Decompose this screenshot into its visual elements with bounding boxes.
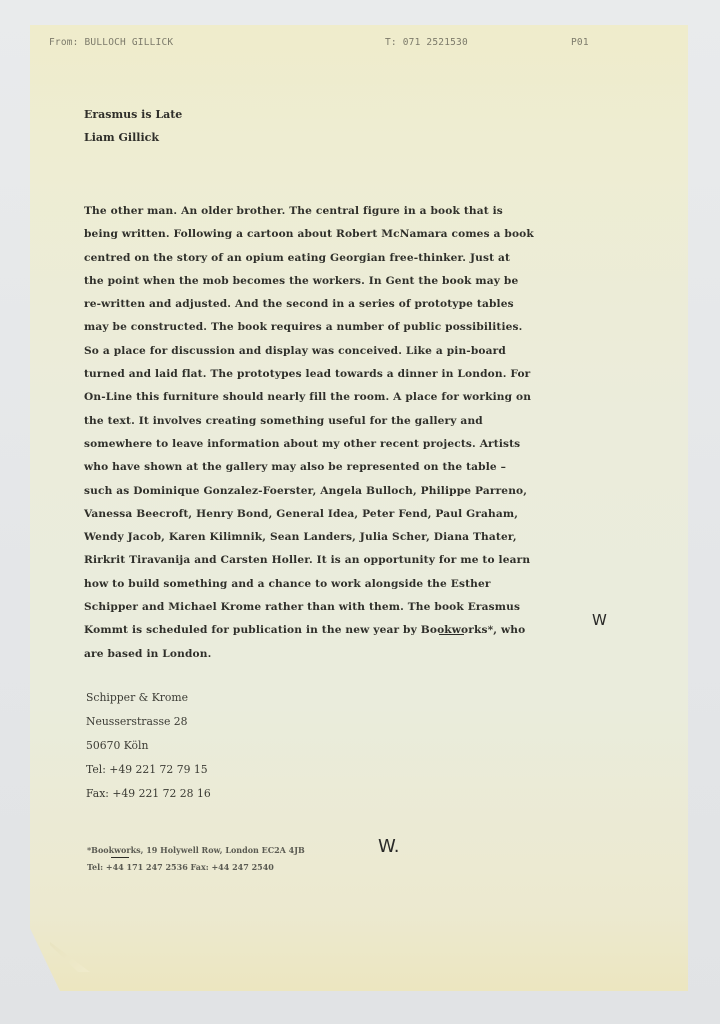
gallery-city: 50670 Köln — [86, 734, 211, 758]
handwritten-footnote-mark: W. — [378, 836, 399, 857]
body-line: Rirkrit Tiravanija and Carsten Holler. I… — [84, 549, 564, 572]
body-line: may be constructed. The book requires a … — [84, 316, 564, 339]
body-text: The other man. An older brother. The cen… — [84, 200, 564, 666]
body-line: The other man. An older brother. The cen… — [84, 200, 564, 223]
gallery-address: Schipper & Krome Neusserstrasse 28 50670… — [86, 686, 211, 806]
fax-header: From: BULLOCH GILLICK T: 071 2521530 P01 — [0, 37, 720, 51]
body-line: the point when the mob becomes the worke… — [84, 270, 564, 293]
gallery-tel: Tel: +49 221 72 79 15 — [86, 758, 211, 782]
footnote-phone: Tel: +44 171 247 2536 Fax: +44 247 2540 — [87, 859, 305, 876]
handwritten-underline-footnote — [111, 857, 129, 858]
fax-sender: From: BULLOCH GILLICK — [49, 37, 173, 48]
body-line: On-Line this furniture should nearly fil… — [84, 386, 564, 409]
body-line: Vanessa Beecroft, Henry Bond, General Id… — [84, 503, 564, 526]
fax-page-number: P01 — [571, 37, 589, 48]
body-line: somewhere to leave information about my … — [84, 433, 564, 456]
fax-telephone: T: 071 2521530 — [385, 37, 468, 48]
document-title: Erasmus is Late — [84, 108, 182, 121]
body-line: centred on the story of an opium eating … — [84, 247, 564, 270]
body-line: turned and laid flat. The prototypes lea… — [84, 363, 564, 386]
handwritten-underline — [439, 634, 464, 635]
body-line: Wendy Jacob, Karen Kilimnik, Sean Lander… — [84, 526, 564, 549]
gallery-street: Neusserstrasse 28 — [86, 710, 211, 734]
body-line: such as Dominique Gonzalez-Foerster, Ang… — [84, 480, 564, 503]
gallery-fax: Fax: +49 221 72 28 16 — [86, 782, 211, 806]
body-line: Schipper and Michael Krome rather than w… — [84, 596, 564, 619]
gallery-name: Schipper & Krome — [86, 686, 211, 710]
body-line: are based in London. — [84, 643, 564, 666]
document-author: Liam Gillick — [84, 131, 159, 144]
body-line: re-written and adjusted. And the second … — [84, 293, 564, 316]
body-line: how to build something and a chance to w… — [84, 573, 564, 596]
body-line: the text. It involves creating something… — [84, 410, 564, 433]
body-line: So a place for discussion and display wa… — [84, 340, 564, 363]
body-line: who have shown at the gallery may also b… — [84, 456, 564, 479]
handwritten-margin-mark: W — [592, 611, 607, 629]
footnote: *Bookworks, 19 Holywell Row, London EC2A… — [87, 842, 305, 876]
body-line: Kommt is scheduled for publication in th… — [84, 619, 564, 642]
body-line: being written. Following a cartoon about… — [84, 223, 564, 246]
